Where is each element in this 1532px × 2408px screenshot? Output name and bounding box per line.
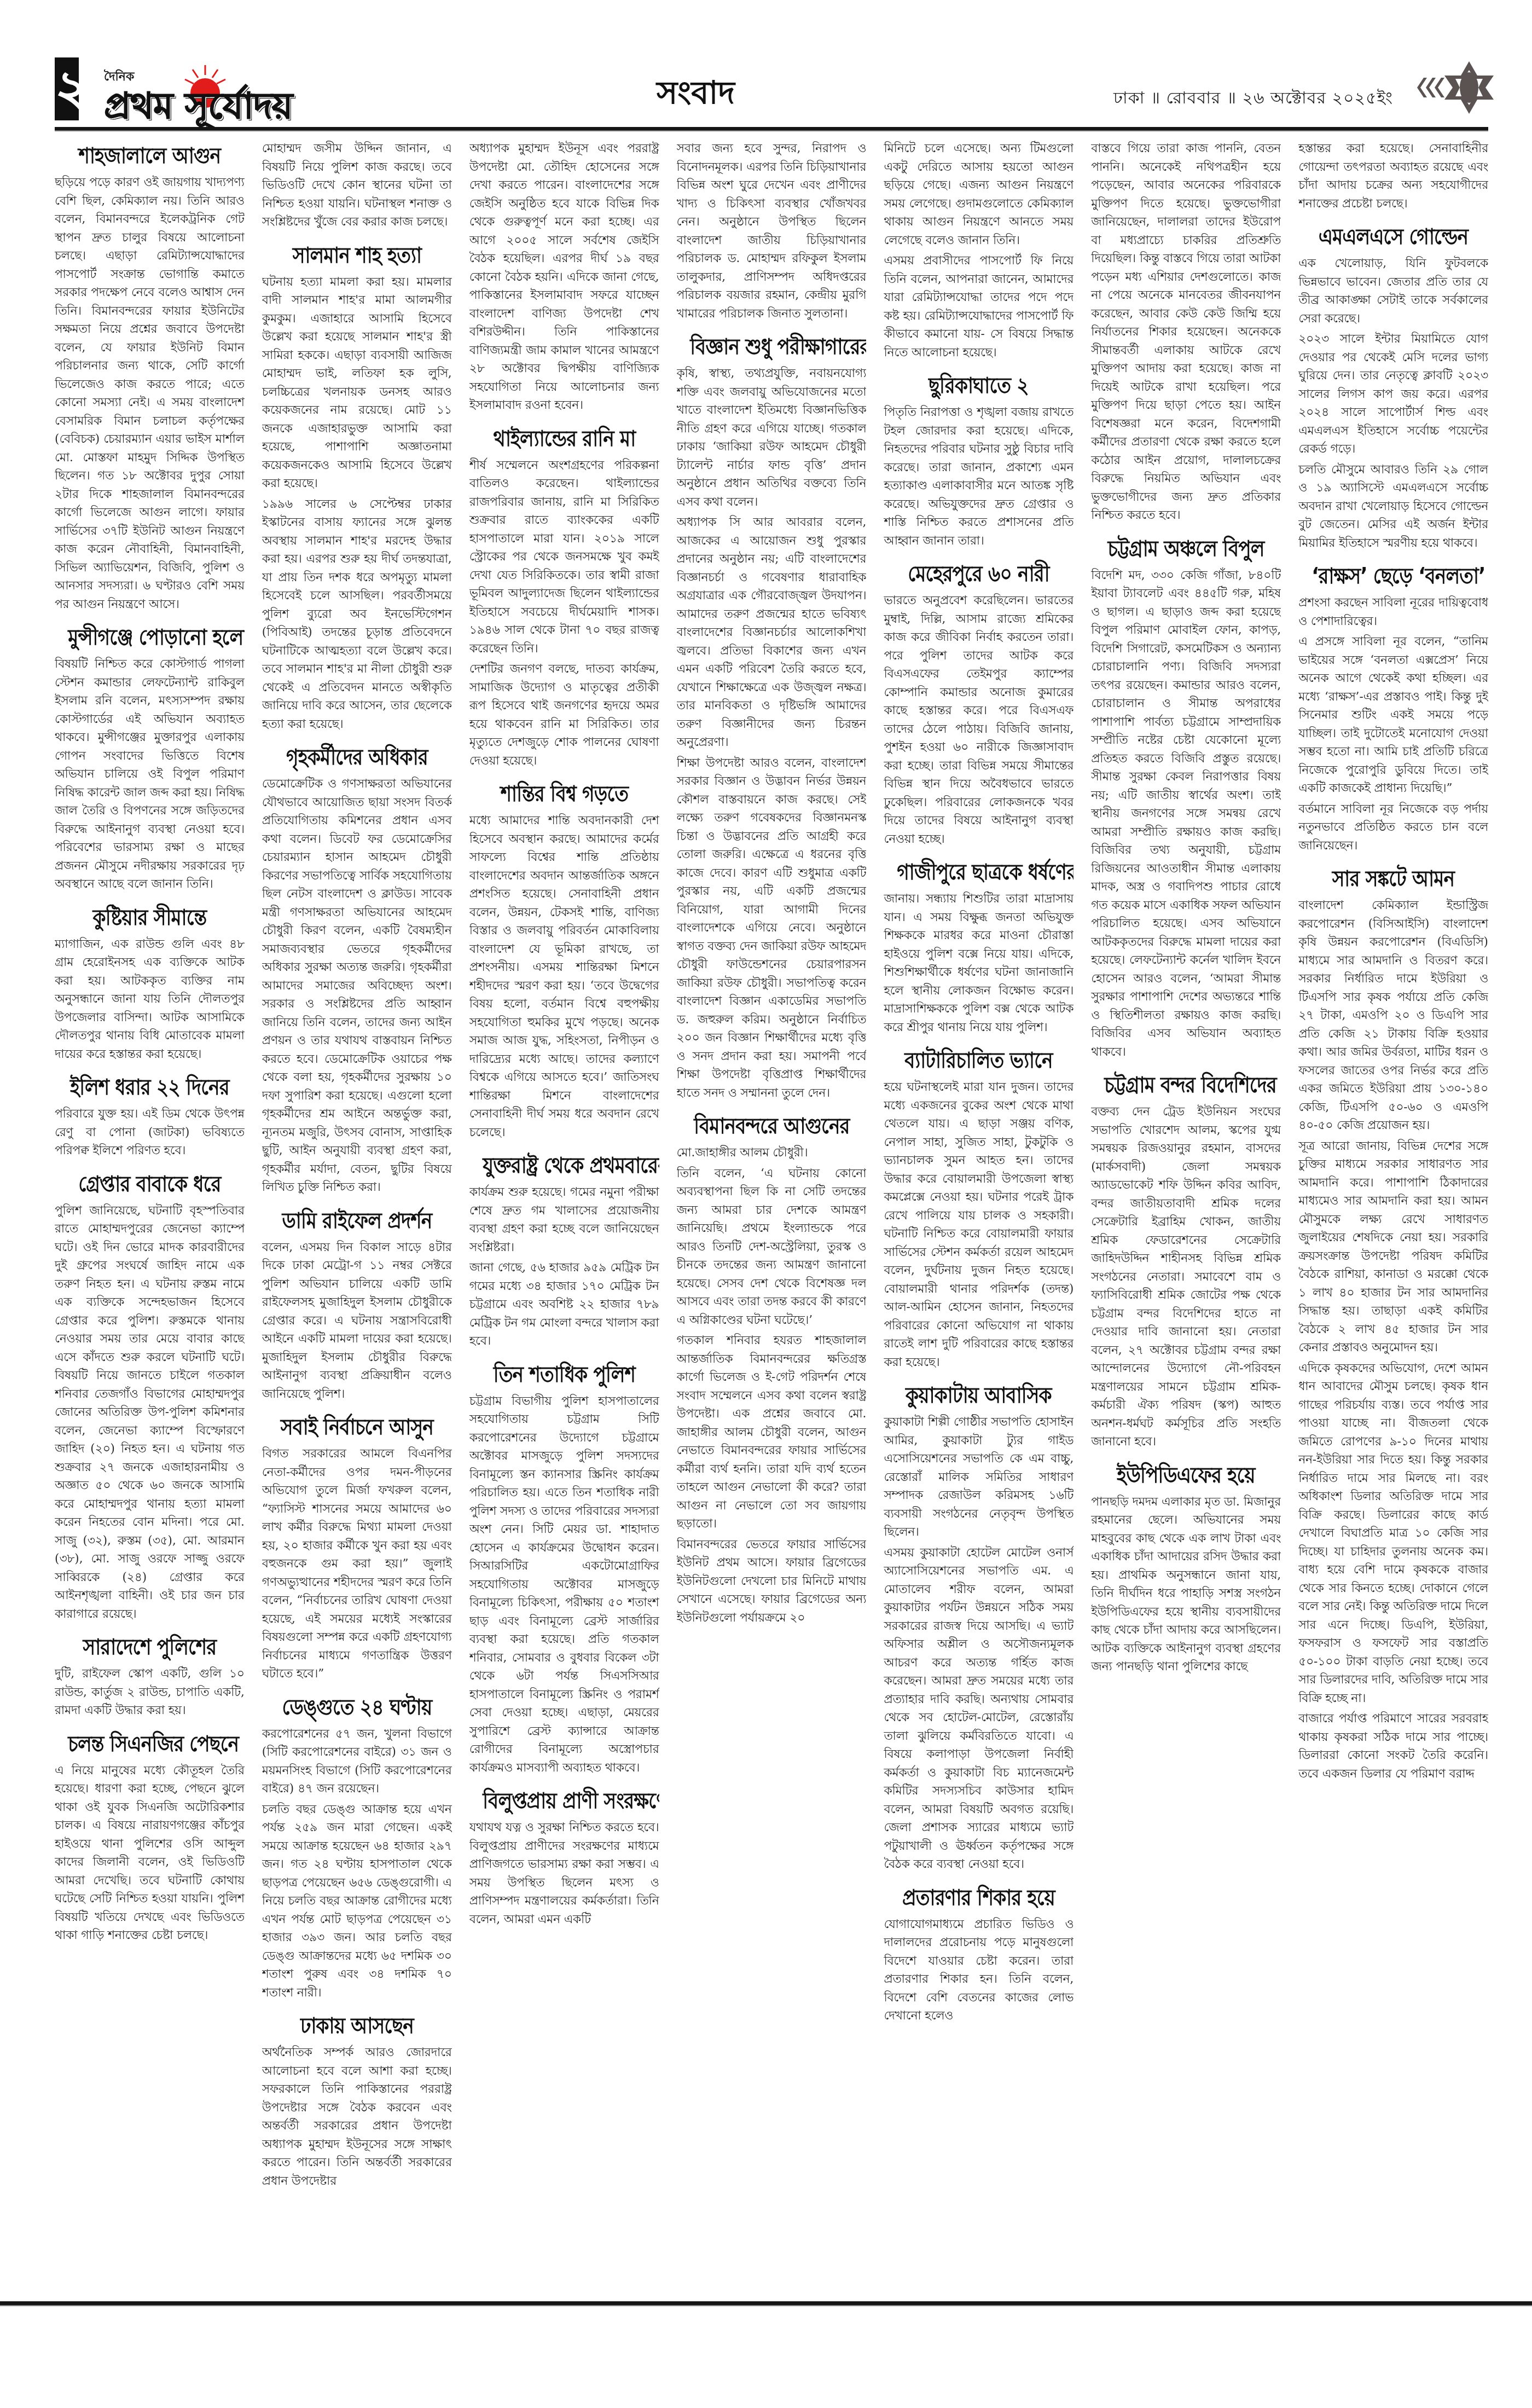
news-article: ইউপিডিএফের হয়েপানছড়ি দমদম এলাকার মৃত ড… xyxy=(1091,1462,1281,1676)
article-paragraph: বলেন, এসময় দিন বিকাল সাড়ে ৪টার দিকে ঢা… xyxy=(262,1238,452,1404)
article-headline: এমএলএসে গোল্ডেন xyxy=(1312,224,1475,250)
news-article: বিমানবন্দরে আগুনেরমো.জাহাঙ্গীর আলম চৌধুর… xyxy=(677,1113,867,1627)
article-headline: গৃহকর্মীদের অধিকার xyxy=(275,744,438,771)
article-paragraph: বর্তমানে সাবিলা নূর নিজেকে বড় পর্দায় ন… xyxy=(1298,800,1488,855)
article-paragraph: কৃষি, স্বাস্থ্য, তথ্যপ্রযুক্তি, নবায়নযো… xyxy=(677,364,867,511)
article-body: পানছড়ি দমদম এলাকার মৃত ডা. মিজানুর রহমা… xyxy=(1091,1493,1281,1676)
news-article: ঢাকায় আসছেনঅর্থনৈতিক সম্পর্ক আরও জোরদার… xyxy=(262,2013,452,2190)
article-headline: গ্রেপ্তার বাবাকে ধরে xyxy=(68,1171,231,1197)
column-6: বাস্তবে গিয়ে তারা কাজ পাননি, বেতন পাননি… xyxy=(1091,140,1281,2296)
star-emblem-icon xyxy=(1401,60,1499,115)
article-paragraph: দুটি, রাইফেল স্কোপ একটি, গুলি ১০ রাউন্ড,… xyxy=(55,1665,245,1720)
article-paragraph: শিক্ষা উপদেষ্টা আরও বলেন, বাংলাদেশ সরকার… xyxy=(677,754,867,1103)
news-article: বিজ্ঞান শুধু পরীক্ষাগারেরকৃষি, স্বাস্থ্য… xyxy=(677,334,867,1102)
article-paragraph: ম্যাগাজিন, এক রাউন্ড গুলি এবং ৪৮ গ্রাম হ… xyxy=(55,935,245,1064)
dateline: ঢাকা ॥ রোববার ॥ ২৬ অক্টোবর ২০২৫ইং xyxy=(1113,85,1393,113)
news-article: বাস্তবে গিয়ে তারা কাজ পাননি, বেতন পাননি… xyxy=(1091,140,1281,525)
news-article: মেহেরপুরে ৬০ নারীভারতে অনুপ্রবেশ করেছিলে… xyxy=(884,561,1073,848)
article-body: অর্থনৈতিক সম্পর্ক আরও জোরদারে আলোচনা হবে… xyxy=(262,2044,452,2190)
article-paragraph: মিনিটে চলে এসেছে। অন্য টিমগুলো একটু দেরি… xyxy=(884,140,1073,250)
article-paragraph: এ নিয়ে মানুষের মধ্যে কৌতূহল তৈরি হয়েছে… xyxy=(55,1762,245,1945)
article-headline: ব্যাটারিচালিত ভ্যানে xyxy=(897,1047,1060,1074)
article-body: ঘটনায় হত্যা মামলা করা হয়। মামলার বাদী … xyxy=(262,273,452,734)
news-article: চট্টগ্রাম অঞ্চলে বিপুলবিদেশি মদ, ৩৩০ কেজ… xyxy=(1091,536,1281,1062)
article-paragraph: এদিকে কৃষকদের অভিযোগ, দেশে আমন ধান আবাদে… xyxy=(1298,1359,1488,1708)
article-paragraph: প্রশংসা করছেন সাবিলা নূরের দায়িত্ববোধ ও… xyxy=(1298,594,1488,630)
article-body: বিদেশি মদ, ৩৩০ কেজি গাঁজা, ৮৪০টি ইয়াবা … xyxy=(1091,566,1281,1062)
article-body: করপোরেশনের ৫৭ জন, খুলনা বিভাগে (সিটি করপ… xyxy=(262,1725,452,2002)
article-headline: ছুরিকাঘাতে ২ xyxy=(897,373,1060,399)
article-body: বিগত সরকারের আমলে বিএনপির নেতা-কর্মীদের … xyxy=(262,1445,452,1683)
article-headline: তিন শতাধিক পুলিশ xyxy=(483,1362,646,1388)
article-paragraph: মোহাম্মদ জসীম উদ্দিন জানান, এ বিষয়টি নি… xyxy=(262,140,452,231)
article-headline: গাজীপুরে ছাত্রকে ধর্ষণের xyxy=(897,859,1060,885)
article-body: চট্টগ্রাম বিভাগীয় পুলিশ হাসপাতালের সহযো… xyxy=(469,1392,659,1778)
article-headline: চট্টগ্রাম অঞ্চলে বিপুল xyxy=(1105,536,1268,562)
column-7: হস্তান্তর করা হয়েছে। সেনাবাহিনীর গোয়েন… xyxy=(1298,140,1488,2296)
article-paragraph: পিতৃতি নিরাপত্তা ও শৃঙ্খলা বজায় রাখতে ট… xyxy=(884,403,1073,550)
article-paragraph: পানছড়ি দমদম এলাকার মৃত ডা. মিজানুর রহমা… xyxy=(1091,1493,1281,1676)
news-article: শান্তির বিশ্ব গড়তেমধ্যে আমাদের শান্তি অ… xyxy=(469,781,659,1142)
news-article: ছুরিকাঘাতে ২পিতৃতি নিরাপত্তা ও শৃঙ্খলা ব… xyxy=(884,373,1073,550)
article-body: পুলিশ জানিয়েছে, ঘটনাটি বৃহস্পতিবার রাতে… xyxy=(55,1202,245,1624)
article-body: হয়ে ঘটনাস্থলেই মারা যান দুজন। তাদের মধ্… xyxy=(884,1078,1073,1371)
news-article: তিন শতাধিক পুলিশচট্টগ্রাম বিভাগীয় পুলিশ… xyxy=(469,1362,659,1778)
page-number: ২ xyxy=(55,57,79,120)
article-body: কুয়াকাটা শিল্পী গোষ্ঠীর সভাপতি হোসাইন আ… xyxy=(884,1413,1073,1874)
news-article: কুষ্টিয়ার সীমান্তেম্যাগাজিন, এক রাউন্ড … xyxy=(55,905,245,1064)
article-paragraph: করপোরেশনের ৫৭ জন, খুলনা বিভাগে (সিটি করপ… xyxy=(262,1725,452,1798)
article-headline: বিলুপ্তপ্রায় প্রাণী সংরক্ষণের xyxy=(483,1788,646,1814)
article-paragraph: বিগত সরকারের আমলে বিএনপির নেতা-কর্মীদের … xyxy=(262,1445,452,1683)
article-headline: সার সঙ্কটে আমন xyxy=(1312,866,1475,892)
article-headline: চলন্ত সিএনজির পেছনে xyxy=(68,1731,231,1757)
article-body: ছড়িয়ে পড়ে কারণ ওই জায়গায় খাদ্যপণ্য … xyxy=(55,173,245,613)
article-body: হস্তান্তর করা হয়েছে। সেনাবাহিনীর গোয়েন… xyxy=(1298,140,1488,213)
article-headline: কুয়াকাটায় আবাসিক xyxy=(897,1382,1060,1409)
article-paragraph: এসময় কুয়াকাটা হোটেল মোটেল ওনার্স অ্যাস… xyxy=(884,1544,1073,1874)
article-headline: সালমান শাহ হত্যা xyxy=(275,242,438,269)
article-body: যথাযথ যত্ন ও সুরক্ষা নিশ্চিত করতে হবে। ব… xyxy=(469,1819,659,1929)
article-headline: চট্টগ্রাম বন্দর বিদেশিদের xyxy=(1105,1072,1268,1098)
article-headline: ইলিশ ধরার ২২ দিনের xyxy=(68,1074,231,1101)
article-paragraph: গতকাল শনিবার হযরত শাহজালাল আন্তর্জাতিক ব… xyxy=(677,1332,867,1533)
news-article: চট্টগ্রাম বন্দর বিদেশিদেরবক্তব্য দেন ট্র… xyxy=(1091,1072,1281,1451)
news-article: ‘রাক্ষস’ ছেড়ে ‘বনলতা’প্রশংসা করছেন সাবি… xyxy=(1298,563,1488,855)
article-paragraph: পরিবারে যুক্ত হয়। এই ডিম থেকে উৎপন্ন রে… xyxy=(55,1105,245,1160)
masthead-rule xyxy=(55,127,1488,131)
article-body: মো.জাহাঙ্গীর আলম চৌধুরী।তিনি বলেন, ‘এ ঘট… xyxy=(677,1144,867,1627)
article-paragraph: ঘটনায় হত্যা মামলা করা হয়। মামলার বাদী … xyxy=(262,273,452,493)
article-headline: মেহেরপুরে ৬০ নারী xyxy=(897,561,1060,587)
article-body: পিতৃতি নিরাপত্তা ও শৃঙ্খলা বজায় রাখতে ট… xyxy=(884,403,1073,550)
news-article: যুক্তরাষ্ট্র থেকে প্রথমবারেরকার্যক্রম শু… xyxy=(469,1153,659,1351)
news-article: গ্রেপ্তার বাবাকে ধরেপুলিশ জানিয়েছে, ঘটন… xyxy=(55,1171,245,1624)
column-5: মিনিটে চলে এসেছে। অন্য টিমগুলো একটু দেরি… xyxy=(884,140,1073,2296)
news-article: সবাই নির্বাচনে আসুনবিগত সরকারের আমলে বিএ… xyxy=(262,1414,452,1683)
article-body: কার্যক্রম শুরু হয়েছে। গমের নমুনা পরীক্ষ… xyxy=(469,1183,659,1351)
article-body: মোহাম্মদ জসীম উদ্দিন জানান, এ বিষয়টি নি… xyxy=(262,140,452,231)
column-2: মোহাম্মদ জসীম উদ্দিন জানান, এ বিষয়টি নি… xyxy=(262,140,452,2296)
article-paragraph: বিদেশি মদ, ৩৩০ কেজি গাঁজা, ৮৪০টি ইয়াবা … xyxy=(1091,566,1281,1062)
article-paragraph: তিনি বলেন, ‘এ ঘটনায় কোনো অব্যবস্থাপনা ছ… xyxy=(677,1165,867,1330)
news-article: ডেঙ্গুতে ২৪ ঘণ্টায়করপোরেশনের ৫৭ জন, খুল… xyxy=(262,1694,452,2002)
article-headline: ডামি রাইফেল প্রদর্শন xyxy=(275,1208,438,1234)
article-paragraph: হয়ে ঘটনাস্থলেই মারা যান দুজন। তাদের মধ্… xyxy=(884,1078,1073,1371)
article-body: বলেন, এসময় দিন বিকাল সাড়ে ৪টার দিকে ঢা… xyxy=(262,1238,452,1404)
news-article: গাজীপুরে ছাত্রকে ধর্ষণেরজানায়। সন্ধ্যায… xyxy=(884,859,1073,1037)
news-article: ইলিশ ধরার ২২ দিনেরপরিবারে যুক্ত হয়। এই … xyxy=(55,1074,245,1160)
news-article: চলন্ত সিএনজির পেছনেএ নিয়ে মানুষের মধ্যে… xyxy=(55,1731,245,1945)
article-headline: ঢাকায় আসছেন xyxy=(275,2013,438,2039)
article-paragraph: চলতি মৌসুমে আবারও তিনি ২৯ গোল ও ১৯ অ্যাস… xyxy=(1298,461,1488,553)
article-paragraph: এক খেলোয়াড়, যিনি ফুটবলকে ভিন্নভাবে ভাব… xyxy=(1298,254,1488,328)
article-body: জানায়। সন্ধ্যায় শিশুটির তারা মাদ্রাসায… xyxy=(884,890,1073,1037)
article-paragraph: মধ্যে আমাদের শান্তি অবদানকারী দেশ হিসেবে… xyxy=(469,812,659,1142)
article-paragraph: ভারতে অনুপ্রবেশ করেছিলেন। ভারতের মুম্বাই… xyxy=(884,592,1073,848)
article-body: ভারতে অনুপ্রবেশ করেছিলেন। ভারতের মুম্বাই… xyxy=(884,592,1073,848)
article-body: পরিবারে যুক্ত হয়। এই ডিম থেকে উৎপন্ন রে… xyxy=(55,1105,245,1160)
news-article: প্রতারণার শিকার হয়েযোগাযোগমাধ্যমে প্রচা… xyxy=(884,1885,1073,2025)
news-article: মোহাম্মদ জসীম উদ্দিন জানান, এ বিষয়টি নি… xyxy=(262,140,452,231)
article-paragraph: ১৯৯৬ সালের ৬ সেপ্টেম্বর ঢাকার ইস্কাটনের … xyxy=(262,495,452,734)
article-body: বাস্তবে গিয়ে তারা কাজ পাননি, বেতন পাননি… xyxy=(1091,140,1281,525)
article-headline: কুষ্টিয়ার সীমান্তে xyxy=(68,905,231,931)
article-body: ম্যাগাজিন, এক রাউন্ড গুলি এবং ৪৮ গ্রাম হ… xyxy=(55,935,245,1064)
news-article: কুয়াকাটায় আবাসিককুয়াকাটা শিল্পী গোষ্ঠ… xyxy=(884,1382,1073,1874)
article-paragraph: কুয়াকাটা শিল্পী গোষ্ঠীর সভাপতি হোসাইন আ… xyxy=(884,1413,1073,1542)
footer-rule xyxy=(0,2301,1532,2306)
article-paragraph: বিমানবন্দরের ভেতরে ফায়ার সার্ভিসের ইউনি… xyxy=(677,1536,867,1628)
article-paragraph: যোগাযোগমাধ্যমে প্রচারিত ভিডিও ও দালালদের… xyxy=(884,1915,1073,2025)
article-body: এক খেলোয়াড়, যিনি ফুটবলকে ভিন্নভাবে ভাব… xyxy=(1298,254,1488,552)
news-article: ব্যাটারিচালিত ভ্যানেহয়ে ঘটনাস্থলেই মারা… xyxy=(884,1047,1073,1371)
article-paragraph: চট্টগ্রাম বিভাগীয় পুলিশ হাসপাতালের সহযো… xyxy=(469,1392,659,1778)
news-article: শাহজালালে আগুনছড়িয়ে পড়ে কারণ ওই জায়গ… xyxy=(55,143,245,613)
article-paragraph: অধ্যাপক সি আর আবরার বলেন, আজকের এ আয়োজন… xyxy=(677,513,867,752)
article-headline: সারাদেশে পুলিশের xyxy=(68,1634,231,1660)
article-body: ডেমোক্রেটিক ও গণসাক্ষরতা অভিযানের যৌথভাব… xyxy=(262,775,452,1197)
article-headline: মুন্সীগঞ্জে পোড়ানো হলো xyxy=(68,624,231,651)
column-1: শাহজালালে আগুনছড়িয়ে পড়ে কারণ ওই জায়গ… xyxy=(55,140,245,2296)
article-headline: ‘রাক্ষস’ ছেড়ে ‘বনলতা’ xyxy=(1312,563,1475,589)
article-headline: বিজ্ঞান শুধু পরীক্ষাগারের xyxy=(690,334,853,360)
article-body: শীর্ষ সম্মেলনে অংশগ্রহণের পরিকল্পনা বাতি… xyxy=(469,456,659,771)
article-body: মধ্যে আমাদের শান্তি অবদানকারী দেশ হিসেবে… xyxy=(469,812,659,1142)
article-body: প্রশংসা করছেন সাবিলা নূরের দায়িত্ববোধ ও… xyxy=(1298,594,1488,855)
news-article: গৃহকর্মীদের অধিকারডেমোক্রেটিক ও গণসাক্ষর… xyxy=(262,744,452,1197)
news-article: এমএলএসে গোল্ডেনএক খেলোয়াড়, যিনি ফুটবলক… xyxy=(1298,224,1488,552)
article-paragraph: মো.জাহাঙ্গীর আলম চৌধুরী। xyxy=(677,1144,867,1162)
article-paragraph: বিষয়টি নিশ্চিত করে কোস্টগার্ড পাগলা স্ট… xyxy=(55,655,245,894)
article-paragraph: জানা গেছে, ৫৬ হাজার ৯৫৯ মেট্রিক টন গমের … xyxy=(469,1259,659,1351)
article-paragraph: যথাযথ যত্ন ও সুরক্ষা নিশ্চিত করতে হবে। ব… xyxy=(469,1819,659,1929)
masthead: ২ দৈনিক প্রথম সূর্যোদয় সংবাদ ঢাকা ॥ রোব… xyxy=(55,52,1494,120)
article-paragraph: শীর্ষ সম্মেলনে অংশগ্রহণের পরিকল্পনা বাতি… xyxy=(469,456,659,658)
article-paragraph: বক্তব্য দেন ট্রেড ইউনিয়ন সংঘের সভাপতি খ… xyxy=(1091,1103,1281,1451)
article-paragraph: দেশটির জনগণ বলছে, দাতব্য কার্যক্রম, সামা… xyxy=(469,660,659,770)
article-body: বাংলাদেশ কেমিক্যাল ইন্ডাস্ট্রিজ করপোরেশন… xyxy=(1298,896,1488,1783)
newspaper-logo: দৈনিক প্রথম সূর্যোদয় xyxy=(85,56,391,119)
article-headline: শাহজালালে আগুন xyxy=(68,143,231,169)
news-article: সালমান শাহ হত্যাঘটনায় হত্যা মামলা করা হ… xyxy=(262,242,452,734)
article-body: বক্তব্য দেন ট্রেড ইউনিয়ন সংঘের সভাপতি খ… xyxy=(1091,1103,1281,1451)
news-article: মিনিটে চলে এসেছে। অন্য টিমগুলো একটু দেরি… xyxy=(884,140,1073,362)
news-article: সারাদেশে পুলিশেরদুটি, রাইফেল স্কোপ একটি,… xyxy=(55,1634,245,1720)
news-article: ডামি রাইফেল প্রদর্শনবলেন, এসময় দিন বিকা… xyxy=(262,1208,452,1404)
news-article: হস্তান্তর করা হয়েছে। সেনাবাহিনীর গোয়েন… xyxy=(1298,140,1488,213)
article-paragraph: কার্যক্রম শুরু হয়েছে। গমের নমুনা পরীক্ষ… xyxy=(469,1183,659,1257)
article-headline: বিমানবন্দরে আগুনের xyxy=(690,1113,853,1139)
article-paragraph: চলতি বছর ডেঙ্গু আক্রান্ত হয়ে এখন পর্যন্… xyxy=(262,1801,452,2002)
article-paragraph: অর্থনৈতিক সম্পর্ক আরও জোরদারে আলোচনা হবে… xyxy=(262,2044,452,2190)
article-paragraph: এ প্রসঙ্গে সাবিলা নূর বলেন, “তানিম ভাইয়… xyxy=(1298,633,1488,798)
article-paragraph: সূত্র আরো জানায়, বিভিন্ন দেশের সঙ্গে চু… xyxy=(1298,1137,1488,1357)
news-article: বিলুপ্তপ্রায় প্রাণী সংরক্ষণেরযথাযথ যত্ন… xyxy=(469,1788,659,1929)
article-paragraph: বাংলাদেশ কেমিক্যাল ইন্ডাস্ট্রিজ করপোরেশন… xyxy=(1298,896,1488,1135)
article-paragraph: ছড়িয়ে পড়ে কারণ ওই জায়গায় খাদ্যপণ্য … xyxy=(55,173,245,613)
article-headline: ইউপিডিএফের হয়ে xyxy=(1105,1462,1268,1489)
article-paragraph: হস্তান্তর করা হয়েছে। সেনাবাহিনীর গোয়েন… xyxy=(1298,140,1488,213)
news-columns: শাহজালালে আগুনছড়িয়ে পড়ে কারণ ওই জায়গ… xyxy=(55,140,1488,2296)
article-body: এ নিয়ে মানুষের মধ্যে কৌতূহল তৈরি হয়েছে… xyxy=(55,1762,245,1945)
article-headline: যুক্তরাষ্ট্র থেকে প্রথমবারের xyxy=(483,1153,646,1179)
article-paragraph: পুলিশ জানিয়েছে, ঘটনাটি বৃহস্পতিবার রাতে… xyxy=(55,1202,245,1624)
article-paragraph: বাজারে পর্যাপ্ত পরিমাণে সারের সরবরাহ থাক… xyxy=(1298,1710,1488,1783)
article-paragraph: সবার জন্য হবে সুন্দর, নিরাপদ ও বিনোদনমূল… xyxy=(677,140,867,323)
article-paragraph: জানায়। সন্ধ্যায় শিশুটির তারা মাদ্রাসায… xyxy=(884,890,1073,1037)
article-paragraph: ডেমোক্রেটিক ও গণসাক্ষরতা অভিযানের যৌথভাব… xyxy=(262,775,452,1197)
article-body: কৃষি, স্বাস্থ্য, তথ্যপ্রযুক্তি, নবায়নযো… xyxy=(677,364,867,1102)
column-3: অধ্যাপক মুহাম্মদ ইউনূস এবং পররাষ্ট্র উপদ… xyxy=(469,140,659,2296)
article-paragraph: এসময় প্রবাসীদের পাসপোর্ট ফি নিয়ে তিনি … xyxy=(884,252,1073,362)
news-article: সার সঙ্কটে আমনবাংলাদেশ কেমিক্যাল ইন্ডাস্… xyxy=(1298,866,1488,1783)
article-paragraph: ২০২৩ সালে ইন্টার মিয়ামিতে যোগ দেওয়ার প… xyxy=(1298,330,1488,459)
article-paragraph: বাস্তবে গিয়ে তারা কাজ পাননি, বেতন পাননি… xyxy=(1091,140,1281,525)
article-paragraph: অধ্যাপক মুহাম্মদ ইউনূস এবং পররাষ্ট্র উপদ… xyxy=(469,140,659,415)
article-body: দুটি, রাইফেল স্কোপ একটি, গুলি ১০ রাউন্ড,… xyxy=(55,1665,245,1720)
article-body: সবার জন্য হবে সুন্দর, নিরাপদ ও বিনোদনমূল… xyxy=(677,140,867,323)
news-article: অধ্যাপক মুহাম্মদ ইউনূস এবং পররাষ্ট্র উপদ… xyxy=(469,140,659,415)
news-article: সবার জন্য হবে সুন্দর, নিরাপদ ও বিনোদনমূল… xyxy=(677,140,867,323)
article-body: যোগাযোগমাধ্যমে প্রচারিত ভিডিও ও দালালদের… xyxy=(884,1915,1073,2025)
news-article: থাইল্যান্ডের রানি মাশীর্ষ সম্মেলনে অংশগ্… xyxy=(469,426,659,771)
news-article: মুন্সীগঞ্জে পোড়ানো হলোবিষয়টি নিশ্চিত ক… xyxy=(55,624,245,894)
article-headline: সবাই নির্বাচনে আসুন xyxy=(275,1414,438,1440)
article-headline: শান্তির বিশ্ব গড়তে xyxy=(483,781,646,807)
article-headline: থাইল্যান্ডের রানি মা xyxy=(483,426,646,452)
article-headline: প্রতারণার শিকার হয়ে xyxy=(897,1885,1060,1911)
article-body: বিষয়টি নিশ্চিত করে কোস্টগার্ড পাগলা স্ট… xyxy=(55,655,245,894)
article-body: মিনিটে চলে এসেছে। অন্য টিমগুলো একটু দেরি… xyxy=(884,140,1073,362)
article-headline: ডেঙ্গুতে ২৪ ঘণ্টায় xyxy=(275,1694,438,1721)
article-body: অধ্যাপক মুহাম্মদ ইউনূস এবং পররাষ্ট্র উপদ… xyxy=(469,140,659,415)
section-title: সংবাদ xyxy=(657,68,735,121)
column-4: সবার জন্য হবে সুন্দর, নিরাপদ ও বিনোদনমূল… xyxy=(677,140,867,2296)
